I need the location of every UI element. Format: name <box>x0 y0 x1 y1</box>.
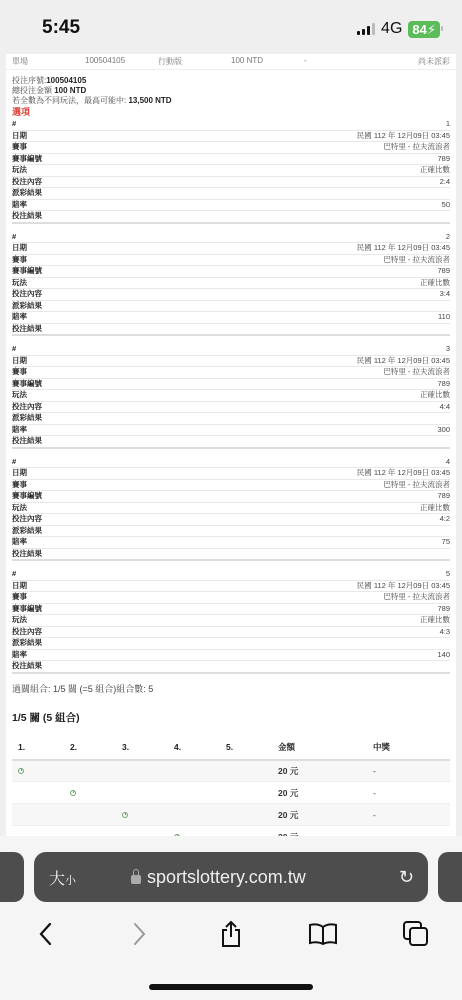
row-label: 投注結果 <box>12 324 42 335</box>
combo-row: 20 元- <box>12 782 450 804</box>
row-value: 789 <box>437 491 450 502</box>
combo-row: 20 元- <box>12 760 450 782</box>
bet-row-play: 玩法正確比數 <box>12 615 450 627</box>
row-label: 賽事 <box>12 480 27 491</box>
row-label: 派彩結果 <box>12 638 42 649</box>
pick-cell <box>220 804 272 826</box>
bet-item: #3日期民國 112 年 12月09日 03:45賽事巴特里 - 拉夫流浪者賽事… <box>6 344 456 449</box>
row-value: 300 <box>437 425 450 436</box>
row-label: # <box>12 119 16 130</box>
row-label: 賽事編號 <box>12 154 42 165</box>
row-label: 日期 <box>12 356 27 367</box>
row-value: 巴特里 - 拉夫流浪者 <box>383 142 450 153</box>
bet-row-match-no: 賽事編號789 <box>12 154 450 166</box>
battery-icon: 84⚡ <box>408 21 440 38</box>
row-label: 賽事 <box>12 367 27 378</box>
row-value: 4 <box>446 457 450 468</box>
bet-row-match: 賽事巴特里 - 拉夫流浪者 <box>12 480 450 492</box>
bet-type: 單場 <box>12 56 85 69</box>
pick-cell <box>12 782 64 804</box>
amount-cell: 20 元 <box>272 804 367 826</box>
pick-cell <box>64 826 116 837</box>
row-value: 75 <box>442 537 450 548</box>
row-value: 789 <box>437 379 450 390</box>
reload-icon[interactable]: ↻ <box>399 867 414 888</box>
pending-clock-icon <box>122 812 128 818</box>
row-label: 賽事編號 <box>12 491 42 502</box>
bet-row-payout-result: 派彩結果 <box>12 413 450 425</box>
pick-cell <box>64 782 116 804</box>
bet-info: 投注序號:100504105 總投注金額 100 NTD 若全數為不同玩法，最高… <box>6 70 456 117</box>
options-title: 選項 <box>12 107 450 117</box>
row-value: 2 <box>446 232 450 243</box>
row-label: 投注內容 <box>12 289 42 300</box>
row-value: 巴特里 - 拉夫流浪者 <box>383 480 450 491</box>
tabs-button[interactable] <box>396 914 436 954</box>
row-label: 玩法 <box>12 390 27 401</box>
pick-cell <box>116 804 168 826</box>
pending-clock-icon <box>70 790 76 796</box>
bet-serial: 100504105 <box>85 56 158 69</box>
row-value: 正確比數 <box>420 165 450 176</box>
pick-cell <box>168 826 220 837</box>
row-value: 4:3 <box>440 627 450 638</box>
bet-row-play: 玩法正確比數 <box>12 278 450 290</box>
bet-row-match: 賽事巴特里 - 拉夫流浪者 <box>12 367 450 379</box>
lock-icon <box>131 875 141 884</box>
bet-row-odds: 賠率50 <box>12 200 450 212</box>
bet-dash: - <box>304 56 377 69</box>
bet-row-payout-result: 派彩結果 <box>12 188 450 200</box>
row-label: 賠率 <box>12 650 27 661</box>
row-value: 民國 112 年 12月09日 03:45 <box>357 243 450 254</box>
row-label: 投注結果 <box>12 661 42 672</box>
bet-row-odds: 賠率75 <box>12 537 450 549</box>
bet-row-bet-result: 投注結果 <box>12 436 450 449</box>
row-label: 投注結果 <box>12 549 42 560</box>
row-label: 派彩結果 <box>12 301 42 312</box>
row-label: # <box>12 457 16 468</box>
back-button[interactable] <box>26 914 66 954</box>
row-value: 789 <box>437 154 450 165</box>
bet-row-num: #2 <box>12 232 450 244</box>
network-type: 4G <box>381 20 402 38</box>
pending-clock-icon <box>18 768 24 774</box>
bet-row-date: 日期民國 112 年 12月09日 03:45 <box>12 243 450 255</box>
bet-row-content: 投注內容4:4 <box>12 402 450 414</box>
row-label: # <box>12 344 16 355</box>
row-value: 140 <box>437 650 450 661</box>
text-size-button[interactable]: 大小 <box>49 866 76 889</box>
url-display[interactable]: sportslottery.com.tw <box>131 867 306 888</box>
pick-cell <box>64 760 116 782</box>
bet-row-match: 賽事巴特里 - 拉夫流浪者 <box>12 592 450 604</box>
row-label: 賽事 <box>12 255 27 266</box>
bet-row-content: 投注內容4:3 <box>12 627 450 639</box>
bet-row-payout-result: 派彩結果 <box>12 638 450 650</box>
bet-row-play: 玩法正確比數 <box>12 390 450 402</box>
bet-row-play: 玩法正確比數 <box>12 503 450 515</box>
pick-cell <box>64 804 116 826</box>
bet-row-bet-result: 投注結果 <box>12 324 450 337</box>
win-cell: - <box>367 760 450 782</box>
bet-item: #4日期民國 112 年 12月09日 03:45賽事巴特里 - 拉夫流浪者賽事… <box>6 457 456 562</box>
pick-cell <box>116 782 168 804</box>
row-value: 4:4 <box>440 402 450 413</box>
row-label: 投注內容 <box>12 514 42 525</box>
row-label: 日期 <box>12 131 27 142</box>
bet-status: 尚未派彩 <box>377 56 450 69</box>
bet-row-content: 投注內容4:2 <box>12 514 450 526</box>
bet-item: #1日期民國 112 年 12月09日 03:45賽事巴特里 - 拉夫流浪者賽事… <box>6 119 456 224</box>
row-value: 民國 112 年 12月09日 03:45 <box>357 581 450 592</box>
bet-row-bet-result: 投注結果 <box>12 211 450 224</box>
row-value: 民國 112 年 12月09日 03:45 <box>357 131 450 142</box>
row-value: 789 <box>437 604 450 615</box>
combo-row: 20 元- <box>12 804 450 826</box>
chevron-left-icon <box>38 922 54 946</box>
column-header: 4. <box>168 735 220 760</box>
row-label: 派彩結果 <box>12 526 42 537</box>
combo-title: 1/5 關 (5 組合) <box>6 695 456 725</box>
row-value: 巴特里 - 拉夫流浪者 <box>383 592 450 603</box>
row-value: 巴特里 - 拉夫流浪者 <box>383 255 450 266</box>
bet-row-num: #1 <box>12 119 450 131</box>
bet-row-match-no: 賽事編號789 <box>12 379 450 391</box>
row-value: 1 <box>446 119 450 130</box>
row-label: 派彩結果 <box>12 188 42 199</box>
bet-row-match-no: 賽事編號789 <box>12 491 450 503</box>
share-icon <box>219 920 243 948</box>
row-label: 日期 <box>12 468 27 479</box>
row-label: 派彩結果 <box>12 413 42 424</box>
row-label: 賠率 <box>12 425 27 436</box>
home-indicator <box>149 984 313 990</box>
bet-row-date: 日期民國 112 年 12月09日 03:45 <box>12 468 450 480</box>
bet-row-date: 日期民國 112 年 12月09日 03:45 <box>12 131 450 143</box>
row-label: 投注結果 <box>12 211 42 222</box>
bet-row-date: 日期民國 112 年 12月09日 03:45 <box>12 581 450 593</box>
row-label: 投注內容 <box>12 402 42 413</box>
row-value: 巴特里 - 拉夫流浪者 <box>383 367 450 378</box>
pick-cell <box>220 826 272 837</box>
bookmarks-button[interactable] <box>303 914 343 954</box>
browser-toolbar <box>0 914 462 954</box>
win-cell: - <box>367 782 450 804</box>
row-label: 賽事 <box>12 142 27 153</box>
row-value: 正確比數 <box>420 278 450 289</box>
row-value: 5 <box>446 569 450 580</box>
pick-cell <box>12 804 64 826</box>
column-header: 1. <box>12 735 64 760</box>
combo-summary: 過關組合: 1/5 關 (=5 組合)組合數: 5 <box>6 674 456 695</box>
row-label: 賽事編號 <box>12 266 42 277</box>
row-label: # <box>12 232 16 243</box>
bet-item: #5日期民國 112 年 12月09日 03:45賽事巴特里 - 拉夫流浪者賽事… <box>6 569 456 674</box>
bet-row-match: 賽事巴特里 - 拉夫流浪者 <box>12 255 450 267</box>
bet-row-odds: 賠率300 <box>12 425 450 437</box>
bet-row-match-no: 賽事編號789 <box>12 604 450 616</box>
row-label: 玩法 <box>12 165 27 176</box>
bet-list: #1日期民國 112 年 12月09日 03:45賽事巴特里 - 拉夫流浪者賽事… <box>6 119 456 674</box>
win-cell: - <box>367 826 450 837</box>
bet-row-num: #5 <box>12 569 450 581</box>
row-value: 3:4 <box>440 289 450 300</box>
status-bar: 5:45 4G 84⚡ <box>0 0 462 54</box>
row-value: 789 <box>437 266 450 277</box>
combo-row: 20 元- <box>12 826 450 837</box>
row-value: 50 <box>442 200 450 211</box>
win-cell: - <box>367 804 450 826</box>
row-value: 正確比數 <box>420 503 450 514</box>
row-label: 日期 <box>12 581 27 592</box>
row-value: 3 <box>446 344 450 355</box>
chevron-right-icon <box>131 922 147 946</box>
amount-cell: 20 元 <box>272 782 367 804</box>
bet-detail-page: 單場 100504105 行動版 100 NTD - 尚未派彩 投注序號:100… <box>6 54 456 836</box>
bet-row-odds: 賠率110 <box>12 312 450 324</box>
column-header: 金額 <box>272 735 367 760</box>
row-value: 110 <box>438 312 450 323</box>
row-value: 正確比數 <box>420 390 450 401</box>
row-value: 4:2 <box>440 514 450 525</box>
tabs-icon <box>402 920 430 948</box>
row-label: 日期 <box>12 243 27 254</box>
pick-cell <box>220 782 272 804</box>
forward-button[interactable] <box>119 914 159 954</box>
row-label: 玩法 <box>12 615 27 626</box>
row-label: 賽事 <box>12 592 27 603</box>
column-header: 中獎 <box>367 735 450 760</box>
row-label: 賠率 <box>12 537 27 548</box>
pick-cell <box>12 760 64 782</box>
pick-cell <box>220 760 272 782</box>
bet-row-content: 投注內容3:4 <box>12 289 450 301</box>
bet-row-bet-result: 投注結果 <box>12 549 450 562</box>
pick-cell <box>168 782 220 804</box>
bet-row-payout-result: 派彩結果 <box>12 526 450 538</box>
row-label: 投注結果 <box>12 436 42 447</box>
column-header: 5. <box>220 735 272 760</box>
row-label: 玩法 <box>12 278 27 289</box>
total-line: 總投注金額 100 NTD <box>12 86 450 96</box>
pick-cell <box>116 826 168 837</box>
bet-amount: 100 NTD <box>231 56 304 69</box>
bet-row-match: 賽事巴特里 - 拉夫流浪者 <box>12 142 450 154</box>
bet-row-date: 日期民國 112 年 12月09日 03:45 <box>12 356 450 368</box>
row-label: 賠率 <box>12 312 27 323</box>
browser-bottom-bar: 大小 sportslottery.com.tw ↻ <box>0 836 462 1000</box>
previous-tab-preview[interactable] <box>0 852 24 902</box>
next-tab-preview[interactable] <box>438 852 462 902</box>
pick-cell <box>12 826 64 837</box>
share-button[interactable] <box>211 914 251 954</box>
row-value: 民國 112 年 12月09日 03:45 <box>357 356 450 367</box>
amount-cell: 20 元 <box>272 826 367 837</box>
row-label: # <box>12 569 16 580</box>
bet-row-content: 投注內容2:4 <box>12 177 450 189</box>
row-label: 賽事編號 <box>12 379 42 390</box>
bet-row-bet-result: 投注結果 <box>12 661 450 674</box>
address-bar[interactable]: 大小 sportslottery.com.tw ↻ <box>34 852 428 902</box>
bet-row-play: 玩法正確比數 <box>12 165 450 177</box>
bet-row-match-no: 賽事編號789 <box>12 266 450 278</box>
pick-cell <box>168 760 220 782</box>
column-header: 3. <box>116 735 168 760</box>
row-label: 投注內容 <box>12 177 42 188</box>
row-value: 正確比數 <box>420 615 450 626</box>
signal-icon <box>357 23 375 35</box>
combo-table: 1.2.3.4.5.金額中獎 20 元-20 元-20 元-20 元-20 元- <box>12 735 450 837</box>
status-time: 5:45 <box>42 17 80 39</box>
status-indicators: 4G 84⚡ <box>357 20 440 38</box>
serial-line: 投注序號:100504105 <box>12 76 450 86</box>
bet-row-num: #3 <box>12 344 450 356</box>
bet-channel: 行動版 <box>158 56 231 69</box>
bet-summary-row: 單場 100504105 行動版 100 NTD - 尚未派彩 <box>6 54 456 70</box>
bet-row-num: #4 <box>12 457 450 469</box>
row-value: 2:4 <box>440 177 450 188</box>
bet-row-odds: 賠率140 <box>12 650 450 662</box>
bet-row-payout-result: 派彩結果 <box>12 301 450 313</box>
max-win-line: 若全數為不同玩法，最高可能中: 13,500 NTD <box>12 96 450 106</box>
column-header: 2. <box>64 735 116 760</box>
amount-cell: 20 元 <box>272 760 367 782</box>
pick-cell <box>168 804 220 826</box>
row-label: 投注內容 <box>12 627 42 638</box>
row-label: 賽事編號 <box>12 604 42 615</box>
row-label: 賠率 <box>12 200 27 211</box>
bet-item: #2日期民國 112 年 12月09日 03:45賽事巴特里 - 拉夫流浪者賽事… <box>6 232 456 337</box>
row-value: 民國 112 年 12月09日 03:45 <box>357 468 450 479</box>
pick-cell <box>116 760 168 782</box>
book-icon <box>308 922 338 946</box>
row-label: 玩法 <box>12 503 27 514</box>
